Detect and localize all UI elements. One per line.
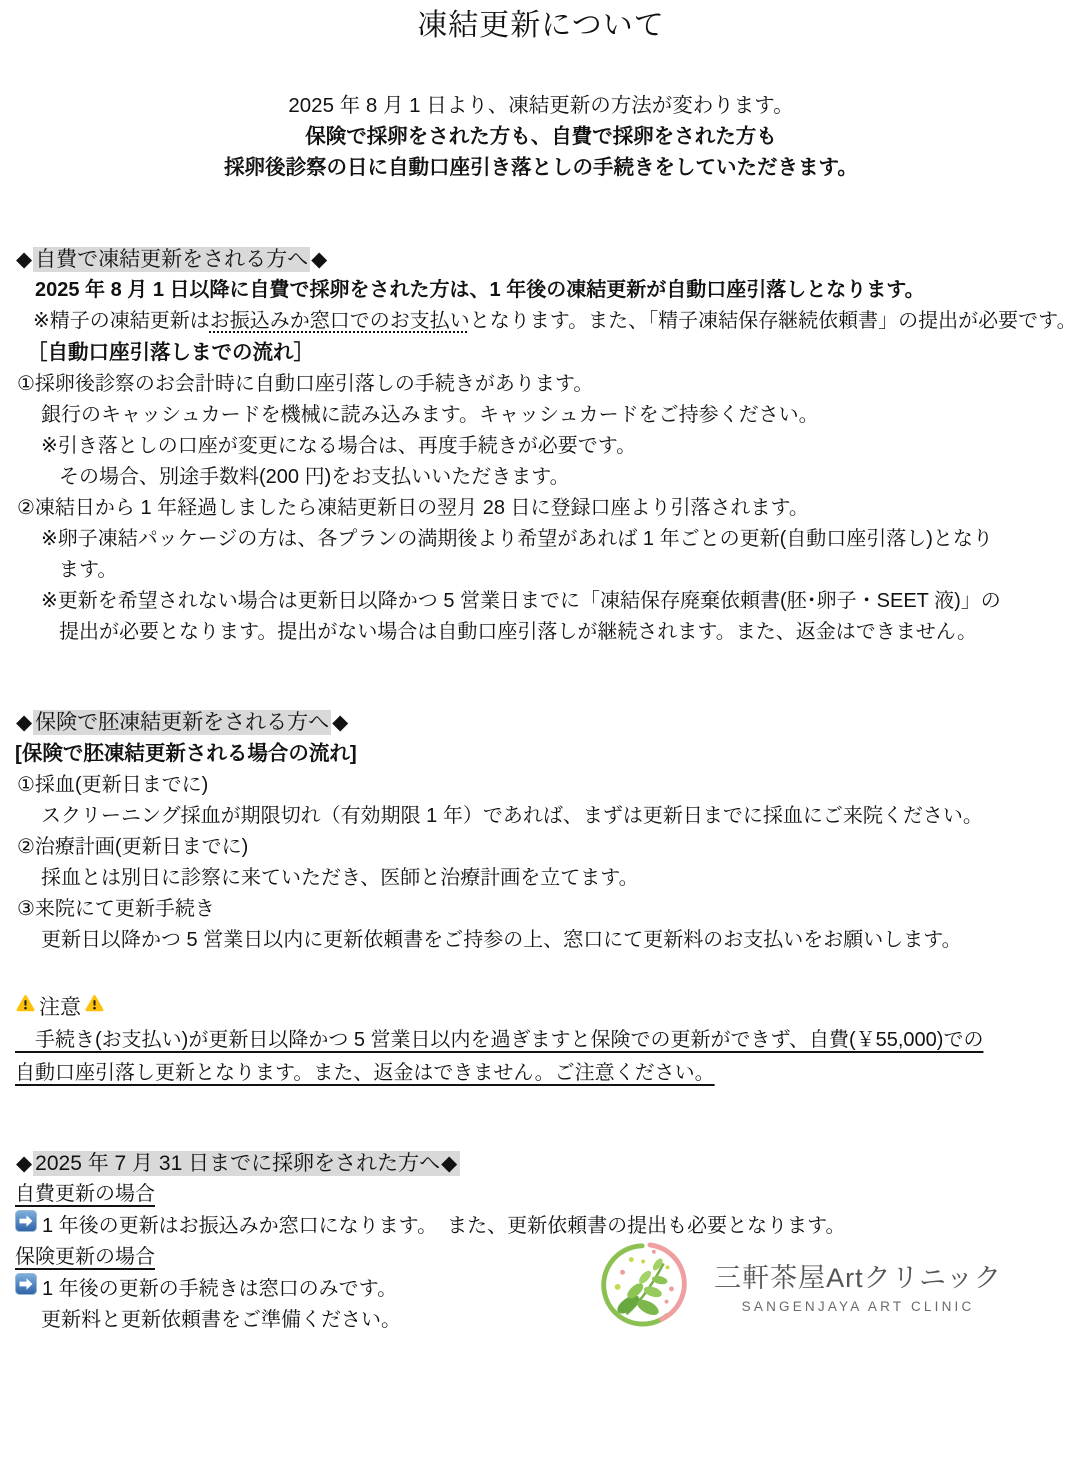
diamond-icon: ◆ [15,248,33,271]
section-before-heading: ◆2025 年 7 月 31 日までに採卵をされた方へ◆ [15,1149,1067,1179]
caution-label: 注意 [39,992,81,1024]
insurance-step: スクリーニング採血が期限切れ（有効期限 1 年）であれば、まずは更新日までに採血… [15,801,1067,832]
insurance-step: 更新日以降かつ 5 営業日以内に更新依頼書をご持参の上、窓口にて更新料のお支払い… [15,925,1067,956]
self-pay-step: その場合、別途手数料(200 円)をお支払いいただきます。 [15,462,1067,493]
diamond-icon: ◆ [331,711,349,734]
intro-line-1: 2025 年 8 月 1 日より、凍結更新の方法が変わります。 [15,90,1067,121]
diamond-icon: ◆ [15,1152,33,1175]
caution-line-2: 自動口座引落し更新となります。また、返金はできません。ご注意ください。 [15,1057,1067,1090]
intro-line-3: 採卵後診察の日に自動口座引き落としの手続きをしていただきます。 [15,152,1067,183]
intro-block: 2025 年 8 月 1 日より、凍結更新の方法が変わります。 保険で採卵をされ… [15,90,1067,183]
clinic-logo-mark-icon [594,1240,698,1334]
right-arrow-icon [15,1273,37,1305]
section-insurance-heading-text: 保険で胚凍結更新をされる方へ [33,710,331,735]
insurance-flow-title: [保険で胚凍結更新される場合の流れ] [15,738,1067,770]
note-underlined: お振込みか窓口でのお支払い [210,310,470,332]
right-arrow-icon [15,1210,37,1242]
note-pre: ※精子の凍結更新は [33,310,210,332]
page-title: 凍結更新について [15,8,1067,44]
warning-icon [15,992,36,1024]
self-pay-step: ※卵子凍結パッケージの方は、各プランの満期後より希望があれば 1 年ごとの更新(… [15,524,1067,555]
self-pay-step: ※引き落としの口座が変更になる場合は、再度手続きが必要です。 [15,431,1067,462]
self-pay-step: ②凍結日から 1 年経過しましたら凍結更新日の翌月 28 日に登録口座より引落さ… [15,493,1067,524]
clinic-logo-text: 三軒茶屋Artクリニック SANGENJAYA ART CLINIC [714,1261,1002,1314]
clinic-name-en: SANGENJAYA ART CLINIC [742,1299,975,1314]
insurance-step: 採血とは別日に診察に来ていただき、医師と治療計画を立てます。 [15,863,1067,894]
caution-text: 手続き(お支払い)が更新日以降かつ 5 営業日以内を過ぎますと保険での更新ができ… [15,1024,1067,1089]
insurance-step: ②治療計画(更新日までに) [15,832,1067,863]
section-self-pay-heading: ◆自費で凍結更新をされる方へ◆ [15,245,1067,275]
self-pay-case-text: 1 年後の更新はお振込みか窓口になります。 また、更新依頼書の提出も必要となりま… [42,1211,845,1242]
insurance-case-text: 1 年後の更新の手続きは窓口のみです。 [42,1274,397,1305]
self-pay-step: 銀行のキャッシュカードを機械に読み込みます。キャッシュカードをご持参ください。 [15,400,1067,431]
section-insurance-heading: ◆保険で胚凍結更新をされる方へ◆ [15,708,1067,738]
sperm-renewal-note: ※精子の凍結更新はお振込みか窓口でのお支払いとなります。また、「精子凍結保存継続… [15,306,1067,337]
self-pay-flow-title: ［自動口座引落しまでの流れ］ [15,337,1067,369]
insurance-step: ①採血(更新日までに) [15,770,1067,801]
diamond-icon: ◆ [15,711,33,734]
intro-line-2: 保険で採卵をされた方も、自費で採卵をされた方も [15,121,1067,152]
diamond-icon: ◆ [310,248,328,271]
self-pay-case-line: 1 年後の更新はお振込みか窓口になります。 また、更新依頼書の提出も必要となりま… [15,1210,1067,1242]
self-pay-lead: 2025 年 8 月 1 日以降に自費で採卵をされた方は、1 年後の凍結更新が自… [15,275,1067,306]
section-self-pay: ◆自費で凍結更新をされる方へ◆ 2025 年 8 月 1 日以降に自費で採卵をさ… [15,245,1067,648]
diamond-icon: ◆ [440,1152,458,1175]
clinic-name-jp: 三軒茶屋Artクリニック [714,1261,1002,1295]
self-pay-step: 提出が必要となります。提出がない場合は自動口座引落しが継続されます。また、返金は… [15,617,1067,648]
self-pay-case-label: 自費更新の場合 [15,1179,1067,1210]
insurance-step: ③来院にて更新手続き [15,894,1067,925]
document-page: 凍結更新について 2025 年 8 月 1 日より、凍結更新の方法が変わります。… [0,0,1082,1336]
self-pay-step: ます。 [15,555,1067,586]
warning-icon [84,992,105,1024]
section-insurance: ◆保険で胚凍結更新をされる方へ◆ [保険で胚凍結更新される場合の流れ] ①採血(… [15,708,1067,956]
clinic-logo: 三軒茶屋Artクリニック SANGENJAYA ART CLINIC [594,1240,1002,1334]
caution-line-1: 手続き(お支払い)が更新日以降かつ 5 営業日以内を過ぎますと保険での更新ができ… [15,1024,1067,1057]
section-self-pay-heading-text: 自費で凍結更新をされる方へ [33,247,310,272]
note-post: となります。また、「精子凍結保存継続依頼書」の提出が必要です。 [470,310,1077,332]
section-before-heading-text: 2025 年 7 月 31 日までに採卵をされた方へ◆ [33,1151,460,1176]
self-pay-step: ①採卵後診察のお会計時に自動口座引落しの手続きがあります。 [15,369,1067,400]
caution-block: 注意 手続き(お支払い)が更新日以降かつ 5 営業日以内を過ぎますと保険での更新… [15,992,1067,1089]
self-pay-step: ※更新を希望されない場合は更新日以降かつ 5 営業日までに「凍結保存廃棄依頼書(… [15,586,1067,617]
caution-label-row: 注意 [15,992,1067,1024]
